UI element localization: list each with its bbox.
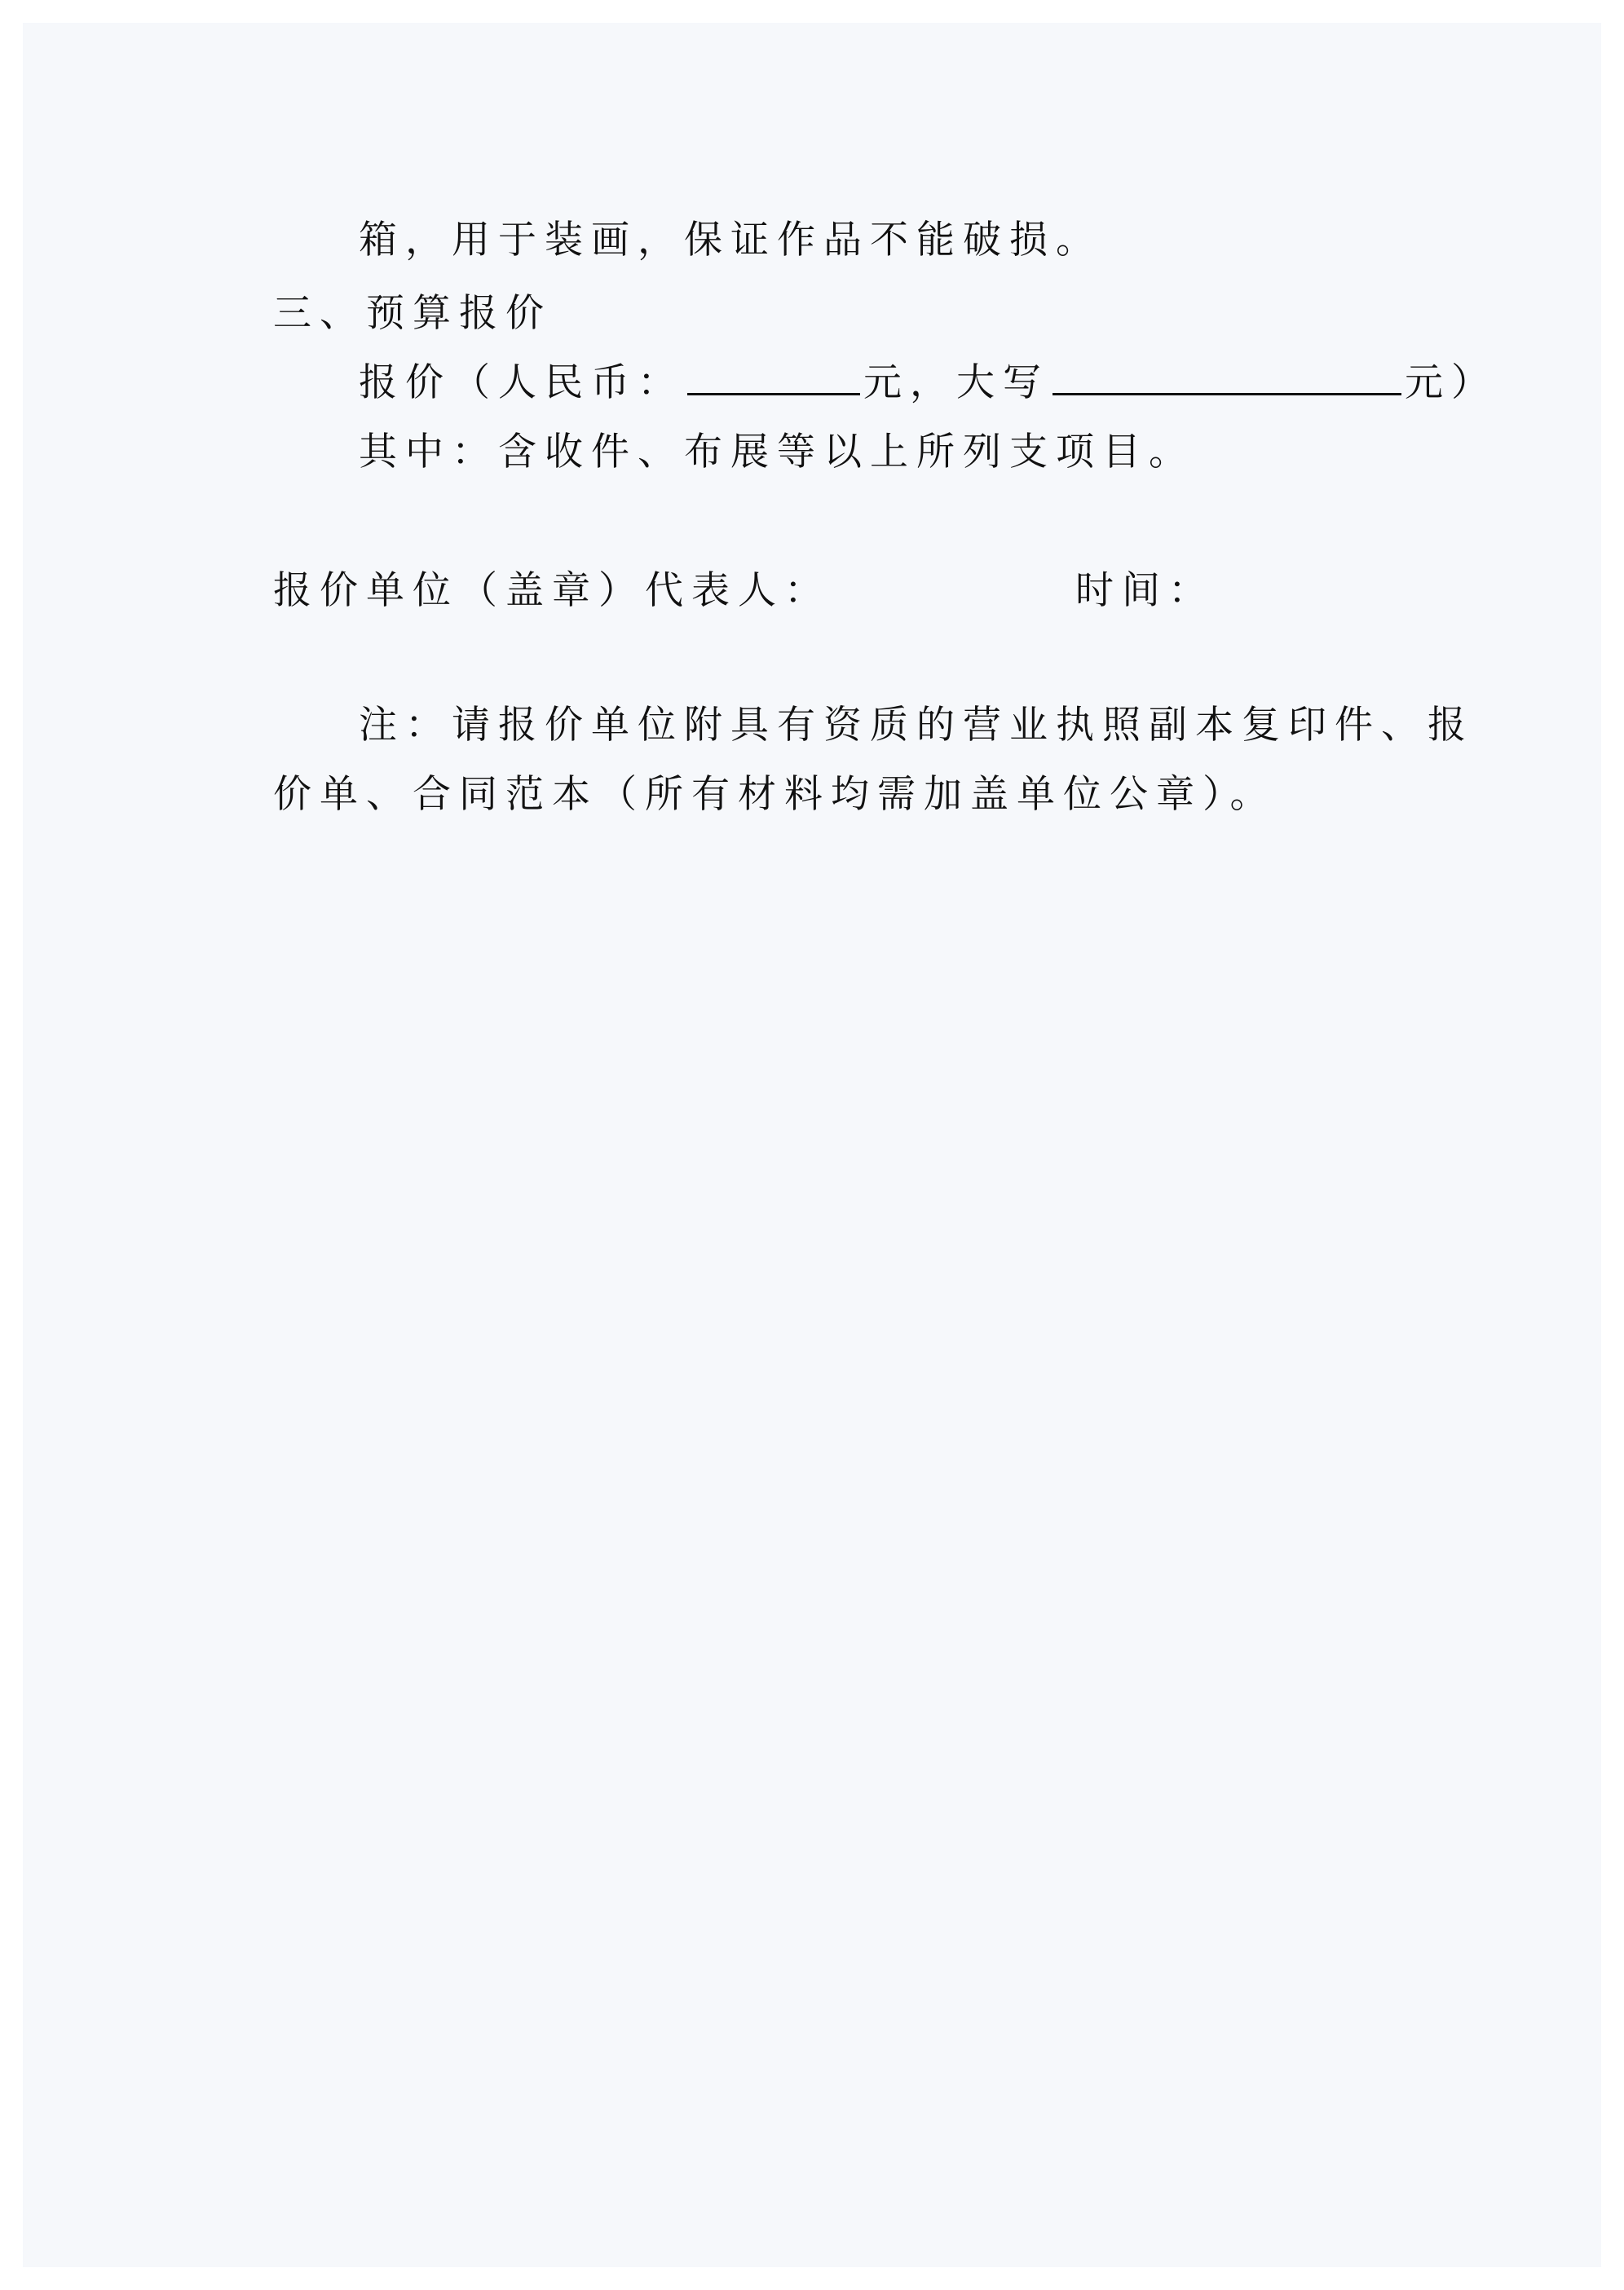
signature-label: 报价单位（盖章）代表人：	[273, 568, 831, 613]
rmb-amount-blank[interactable]	[687, 360, 860, 395]
section-heading-budget: 三、预算报价	[273, 289, 552, 338]
quote-unit-2: 元）	[1405, 360, 1498, 405]
signature-line: 报价单位（盖章）代表人：时间：	[273, 567, 1215, 616]
continuation-line: 箱，用于装画，保证作品不能破损。	[359, 216, 1102, 265]
note-line-1: 注：请报价单位附具有资质的营业执照副本复印件、报	[359, 701, 1474, 750]
quote-line: 报价（人民币：元，大写元）	[359, 359, 1498, 408]
quote-prefix: 报价（人民币：	[359, 360, 684, 405]
time-label: 时间：	[1075, 568, 1215, 613]
note-line-2: 价单、合同范本（所有材料均需加盖单位公章）。	[273, 770, 1277, 819]
quote-unit-1: 元，大写	[863, 360, 1049, 405]
included-items-line: 其中：含收件、布展等以上所列支项目。	[359, 428, 1195, 477]
capitalized-amount-blank[interactable]	[1053, 360, 1401, 395]
